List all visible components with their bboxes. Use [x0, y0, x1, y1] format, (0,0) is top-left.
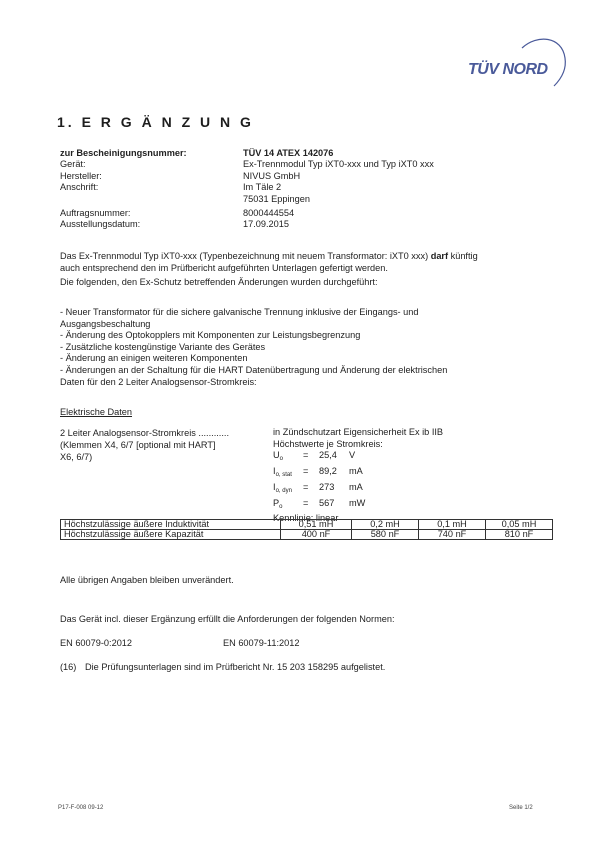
change-item: - Änderung an einigen weiteren Komponent… [60, 353, 590, 365]
row-label: Höchstzulässige äußere Induktivität [61, 520, 281, 530]
certificate-row: Hersteller:NIVUS GmbH [60, 171, 580, 182]
test-documents-note: (16)Die Prüfungsunterlagen sind im Prüfb… [60, 661, 590, 673]
form-id: P17-F-008 09-12 [58, 805, 103, 811]
change-item: Daten für den 2 Leiter Analogsensor-Stro… [60, 377, 590, 389]
intro-paragraph: Das Ex-Trennmodul Typ iXT0-xxx (Typenbez… [60, 250, 590, 288]
field-label: zur Bescheinigungsnummer: [60, 148, 243, 159]
electrical-data-heading: Elektrische Daten [60, 406, 590, 418]
field-value: TÜV 14 ATEX 142076 [243, 148, 580, 159]
field-label: Auftragsnummer: [60, 208, 243, 219]
value-symbol: Uo [273, 450, 303, 466]
field-label: Gerät: [60, 159, 243, 170]
table-cell: 0,2 mH [352, 520, 419, 530]
certificate-row: Gerät:Ex-Trennmodul Typ iXT0-xxx und Typ… [60, 159, 580, 170]
intro-line-3: Die folgenden, den Ex-Schutz betreffende… [60, 276, 590, 288]
norms-intro: Das Gerät incl. dieser Ergänzung erfüllt… [60, 613, 590, 625]
unchanged-note: Alle übrigen Angaben bleiben unverändert… [60, 574, 590, 586]
equals-sign: = [303, 466, 319, 482]
table-cell: 580 nF [352, 530, 419, 540]
page-number: Seite 1/2 [509, 805, 533, 811]
table-cell: 740 nF [419, 530, 486, 540]
field-label: Hersteller: [60, 171, 243, 182]
norm-2: EN 60079-11:2012 [223, 638, 299, 648]
page-title: 1. E R G Ä N Z U N G [57, 114, 254, 130]
value-symbol: Io, dyn [273, 482, 303, 498]
certificate-row: 75031 Eppingen [60, 194, 580, 205]
value-unit: mA [349, 482, 363, 498]
field-value: 8000444554 [243, 208, 580, 219]
equals-sign: = [303, 498, 319, 514]
norms-list: EN 60079-0:2012EN 60079-11:2012 [60, 637, 590, 649]
value-symbol: Po [273, 498, 303, 514]
field-label: Anschrift: [60, 182, 243, 193]
certificate-details: zur Bescheinigungsnummer:TÜV 14 ATEX 142… [60, 148, 580, 231]
equals-sign: = [303, 482, 319, 498]
field-label: Ausstellungsdatum: [60, 219, 243, 230]
value-number: 89,2 [319, 466, 349, 482]
max-value-row: Io, dyn=273mA [273, 482, 573, 498]
value-unit: mW [349, 498, 365, 514]
change-item: - Änderungen an der Schaltung für die HA… [60, 365, 590, 377]
table-row: Höchstzulässige äußere Kapazität400 nF58… [61, 530, 553, 540]
protection-type: in Zündschutzart Eigensicherheit Ex ib I… [273, 427, 573, 439]
certificate-row: Anschrift:Im Täle 2 [60, 182, 580, 193]
table-cell: 810 nF [486, 530, 553, 540]
equals-sign: = [303, 450, 319, 466]
table-cell: 0,51 mH [281, 520, 352, 530]
value-number: 567 [319, 498, 349, 514]
certificate-row: Auftragsnummer:8000444554 [60, 208, 580, 219]
value-unit: V [349, 450, 355, 466]
change-item: - Zusätzliche kostengünstige Variante de… [60, 342, 590, 354]
row-label: Höchstzulässige äußere Kapazität [61, 530, 281, 540]
max-value-row: Uo=25,4V [273, 450, 573, 466]
table-row: Höchstzulässige äußere Induktivität0,51 … [61, 520, 553, 530]
max-value-row: Po=567mW [273, 498, 573, 514]
intro-line-1: Das Ex-Trennmodul Typ iXT0-xxx (Typenbez… [60, 250, 590, 262]
field-value: Im Täle 2 [243, 182, 580, 193]
max-value-row: Io, stat=89,2mA [273, 466, 573, 482]
changes-list: - Neuer Transformator für die sichere ga… [60, 307, 590, 388]
inductance-capacitance-table: Höchstzulässige äußere Induktivität0,51 … [60, 519, 553, 540]
value-number: 25,4 [319, 450, 349, 466]
field-value: 75031 Eppingen [243, 194, 580, 205]
value-symbol: Io, stat [273, 466, 303, 482]
value-number: 273 [319, 482, 349, 498]
max-values-label: Höchstwerte je Stromkreis: [273, 439, 573, 451]
field-label [60, 194, 243, 205]
table-cell: 400 nF [281, 530, 352, 540]
change-item: Ausgangsbeschaltung [60, 319, 590, 331]
certificate-row: Ausstellungsdatum:17.09.2015 [60, 219, 580, 230]
circuit-description: 2 Leiter Analogsensor-Stromkreis .......… [60, 427, 260, 463]
intro-line-2: auch entsprechend den im Prüfbericht auf… [60, 262, 590, 274]
tuv-nord-logo: TÜV NORD [462, 36, 572, 90]
table-cell: 0,05 mH [486, 520, 553, 530]
table-cell: 0,1 mH [419, 520, 486, 530]
field-value: 17.09.2015 [243, 219, 580, 230]
change-item: - Neuer Transformator für die sichere ga… [60, 307, 590, 319]
change-item: - Änderung des Optokopplers mit Komponen… [60, 330, 590, 342]
value-unit: mA [349, 466, 363, 482]
norm-1: EN 60079-0:2012 [60, 637, 223, 649]
field-value: Ex-Trennmodul Typ iXT0-xxx und Typ iXT0 … [243, 159, 580, 170]
circuit-values: in Zündschutzart Eigensicherheit Ex ib I… [273, 427, 573, 525]
certificate-row: zur Bescheinigungsnummer:TÜV 14 ATEX 142… [60, 148, 580, 159]
field-value: NIVUS GmbH [243, 171, 580, 182]
logo-text: TÜV NORD [468, 61, 548, 79]
